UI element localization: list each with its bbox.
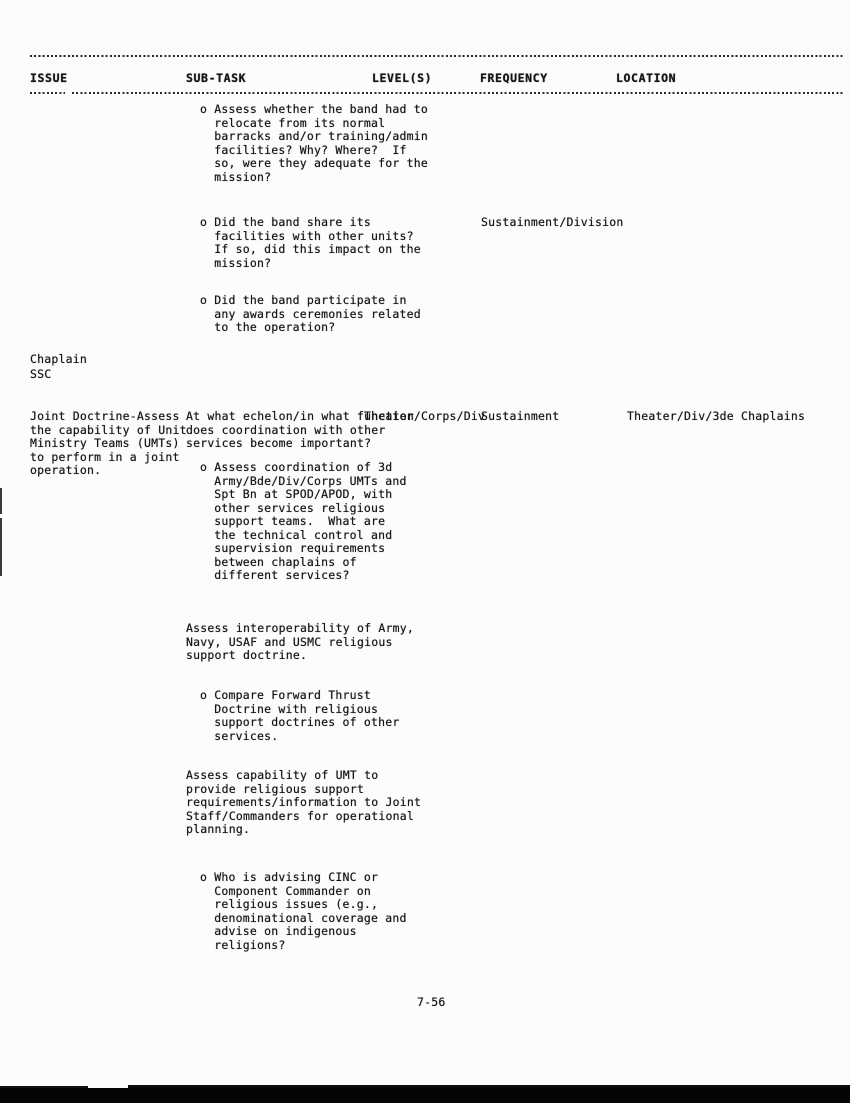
header-rule-segment-right: [72, 92, 843, 94]
scanned-document-page: ISSUE SUB-TASK LEVEL(S) FREQUENCY LOCATI…: [0, 0, 850, 1103]
frequency-cell-sustainment-division: Sustainment/Division: [481, 216, 623, 230]
column-header-levels: LEVEL(S): [372, 72, 432, 86]
levels-cell: Theater/Corps/Div: [364, 410, 485, 424]
column-header-issue: ISSUE: [30, 72, 68, 86]
scan-artifact-bottom-bar: [0, 1088, 850, 1103]
header-rule-segment-left: [30, 92, 65, 94]
subtask-bullet-coordination: o Assess coordination of 3d Army/Bde/Div…: [200, 461, 407, 583]
issue-cell-joint-doctrine: Joint Doctrine-Assess the capability of …: [30, 410, 187, 478]
subtask-para-interoperability: Assess interoperability of Army, Navy, U…: [186, 622, 414, 663]
subtask-bullet-band-relocation: o Assess whether the band had to relocat…: [200, 103, 428, 184]
subtask-bullet-band-shared-facilities: o Did the band share its facilities with…: [200, 216, 421, 270]
column-header-frequency: FREQUENCY: [480, 72, 548, 86]
frequency-cell: Sustainment: [481, 410, 559, 424]
table-top-rule: [30, 55, 843, 57]
location-cell: Theater/Div/3de Chaplains: [627, 410, 805, 424]
page-number: 7-56: [417, 996, 446, 1010]
scan-artifact-left-edge-lower: [0, 518, 2, 576]
section-label-chaplain-ssc: Chaplain SSC: [30, 352, 87, 382]
column-header-location: LOCATION: [616, 72, 676, 86]
subtask-bullet-forward-thrust: o Compare Forward Thrust Doctrine with r…: [200, 689, 399, 743]
subtask-bullet-cinc-advising: o Who is advising CINC or Component Comm…: [200, 871, 407, 952]
column-header-sub-task: SUB-TASK: [186, 72, 246, 86]
subtask-bullet-band-awards: o Did the band participate in any awards…: [200, 294, 421, 335]
scan-artifact-left-edge-upper: [0, 488, 2, 514]
subtask-para-umt-capability: Assess capability of UMT to provide reli…: [186, 769, 421, 837]
